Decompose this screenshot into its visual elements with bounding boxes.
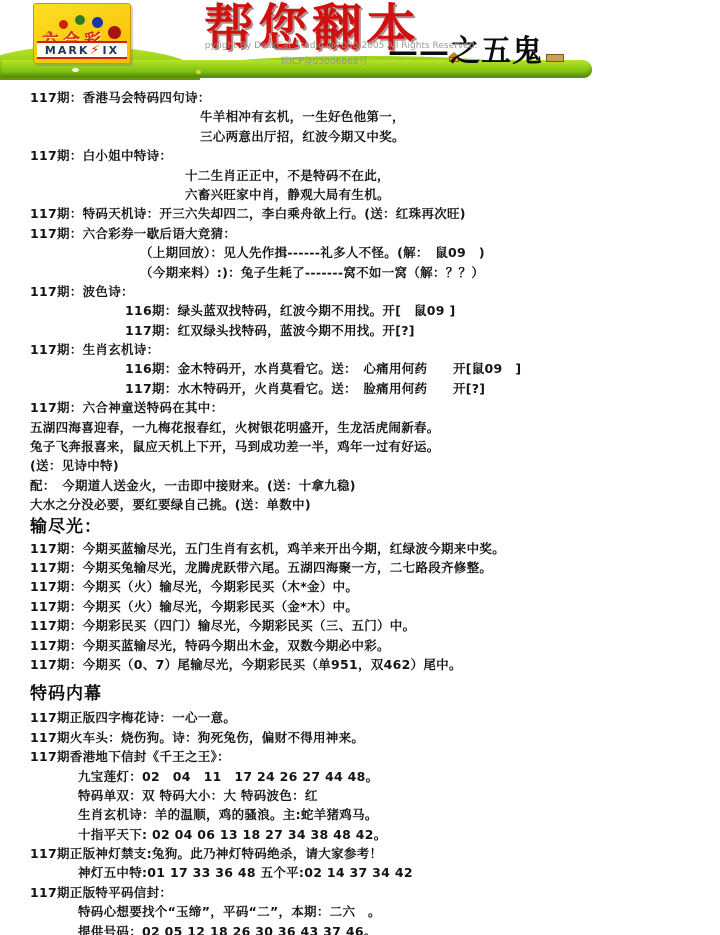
- text-line: 特码心想要找个“玉缔”，平码“二”，本期：二六 。: [0, 902, 720, 921]
- lightning-bolt-icon: ⚡: [89, 43, 103, 58]
- text-line: 117期：白小姐中特诗：: [0, 146, 720, 165]
- text-line: 六畜兴旺家中肖，静观大局有生机。: [0, 185, 720, 204]
- text-line: 117期正版神灯禁支:兔狗。此乃神灯特码绝杀，请大家参考！: [0, 844, 720, 863]
- text-line: 十指平天下: 02 04 06 13 18 27 34 38 48 42。: [0, 825, 720, 844]
- text-line: 牛羊相冲有玄机，一生好色他第一，: [0, 107, 720, 126]
- page: 六合彩 MARK ⚡ IX 帮您翻本 ——之五鬼 pyright By Desk…: [0, 0, 720, 935]
- text-line: 117期：波色诗：: [0, 282, 720, 301]
- text-line: 神灯五中特:01 17 33 36 48 五个平:02 14 37 34 42: [0, 863, 720, 882]
- text-line: 117期：红双绿头找特码，蓝波今期不用找。开[?]: [0, 321, 720, 340]
- text-line: 117期：今期买蓝输尽光，五门生肖有玄机，鸡羊来开出今期，红绿波今期来中奖。: [0, 539, 720, 558]
- logo-text-ix: IX: [103, 44, 120, 57]
- hill-dot: [196, 70, 201, 74]
- text-line: 117期：今期买蓝输尽光，特码今期出木金，双数今期必中彩。: [0, 636, 720, 655]
- text-line: 五湖四海喜迎春，一九梅花报春红，火树银花明盛开，生龙活虎闹新春。: [0, 418, 720, 437]
- hill-dot: [72, 68, 79, 72]
- text-line: 117期：六合神童送特码在其中：: [0, 398, 720, 417]
- text-line: 117期：今期买（火）输尽光，今期彩民买（金*木）中。: [0, 597, 720, 616]
- tip-sheet-body: 117期：香港马会特码四句诗：牛羊相冲有玄机，一生好色他第一，三心两意出厅招，红…: [0, 88, 720, 935]
- text-line: (送：见诗中特): [0, 456, 720, 475]
- logo-dot-green: [75, 15, 85, 25]
- text-line: 117期正版四字梅花诗：一心一意。: [0, 708, 720, 727]
- text-line: 117期：今期彩民买（四门）输尽光，今期彩民买（三、五门）中。: [0, 616, 720, 635]
- text-line: 117期：水木特码开，火肖莫看它。送： 脸痛用何药 开[?]: [0, 379, 720, 398]
- text-line: 117期香港地下信封《千王之王》：: [0, 747, 720, 766]
- text-line: 117期：今期买（0、7）尾输尽光，今期彩民买（单951，双462）尾中。: [0, 655, 720, 674]
- text-line: 117期：特码天机诗：开三六失却四二，李白乘舟欲上行。(送：红珠再次旺): [0, 204, 720, 223]
- copyright-text: pyright By DeskCar Studio @2000-2005 All…: [196, 41, 486, 51]
- text-line: 特码单双：双 特码大小：大 特码波色：红: [0, 786, 720, 805]
- text-line: 九宝莲灯：02 04 11 17 24 26 27 44 48。: [0, 767, 720, 786]
- text-line: 117期：香港马会特码四句诗：: [0, 88, 720, 107]
- text-line: 116期：金木特码开，水肖莫看它。送： 心痛用何药 开[鼠09 ]: [0, 359, 720, 378]
- icp-license-text: 琼ICP备05006668号: [214, 54, 434, 67]
- text-line: 兔子飞奔报喜来，鼠应天机上下开，马到成功差一半，鸡年一过有好运。: [0, 437, 720, 456]
- logo-dot-darkred: [108, 26, 121, 39]
- section-heading: 特码内幕: [0, 674, 720, 708]
- text-line: 117期：今期买兔输尽光，龙腾虎跃带六尾。五湖四海聚一方，二七路段齐修整。: [0, 558, 720, 577]
- section-heading: 输尽光：: [0, 515, 720, 539]
- text-line: 提供号码：02 05 12 18 26 30 36 43 37 46。: [0, 922, 720, 935]
- text-line: 117期正版特平码信封：: [0, 883, 720, 902]
- logo-text-mark: MARK: [45, 44, 89, 57]
- shed-icon: [546, 54, 564, 62]
- text-line: 116期：绿头蓝双找特码，红波今期不用找。开[ 鼠09 ]: [0, 301, 720, 320]
- text-line: 配： 今期道人送金火，一击即中接财来。(送：十拿九稳): [0, 476, 720, 495]
- text-line: （今期来料）:)：兔子生耗了-------窝不如一窝（解：？？）: [0, 263, 720, 282]
- text-line: 大水之分没必要，要红要绿自己挑。(送：单数中): [0, 495, 720, 514]
- page-header: 六合彩 MARK ⚡ IX 帮您翻本 ——之五鬼 pyright By Desk…: [0, 0, 720, 88]
- text-line: 117期：六合彩券一歇后语大竞猜：: [0, 224, 720, 243]
- text-line: （上期回放）：见人先作揖------礼多人不怪。(解： 鼠09 ): [0, 243, 720, 262]
- text-line: 117期火车头：烧伤狗。诗：狗死兔伤，偏财不得用神来。: [0, 728, 720, 747]
- text-line: 117期：今期买（火）输尽光，今期彩民买（木*金）中。: [0, 577, 720, 596]
- text-line: 十二生肖正正中，不是特码不在此，: [0, 166, 720, 185]
- text-line: 三心两意出厅招，红波今期又中奖。: [0, 127, 720, 146]
- text-line: 生肖玄机诗：羊的温顺，鸡的骚浪。主:蛇羊猪鸡马。: [0, 805, 720, 824]
- text-line: 117期：生肖玄机诗：: [0, 340, 720, 359]
- mark-six-logo: 六合彩 MARK ⚡ IX: [33, 3, 131, 64]
- logo-wordmark: MARK ⚡ IX: [37, 41, 127, 59]
